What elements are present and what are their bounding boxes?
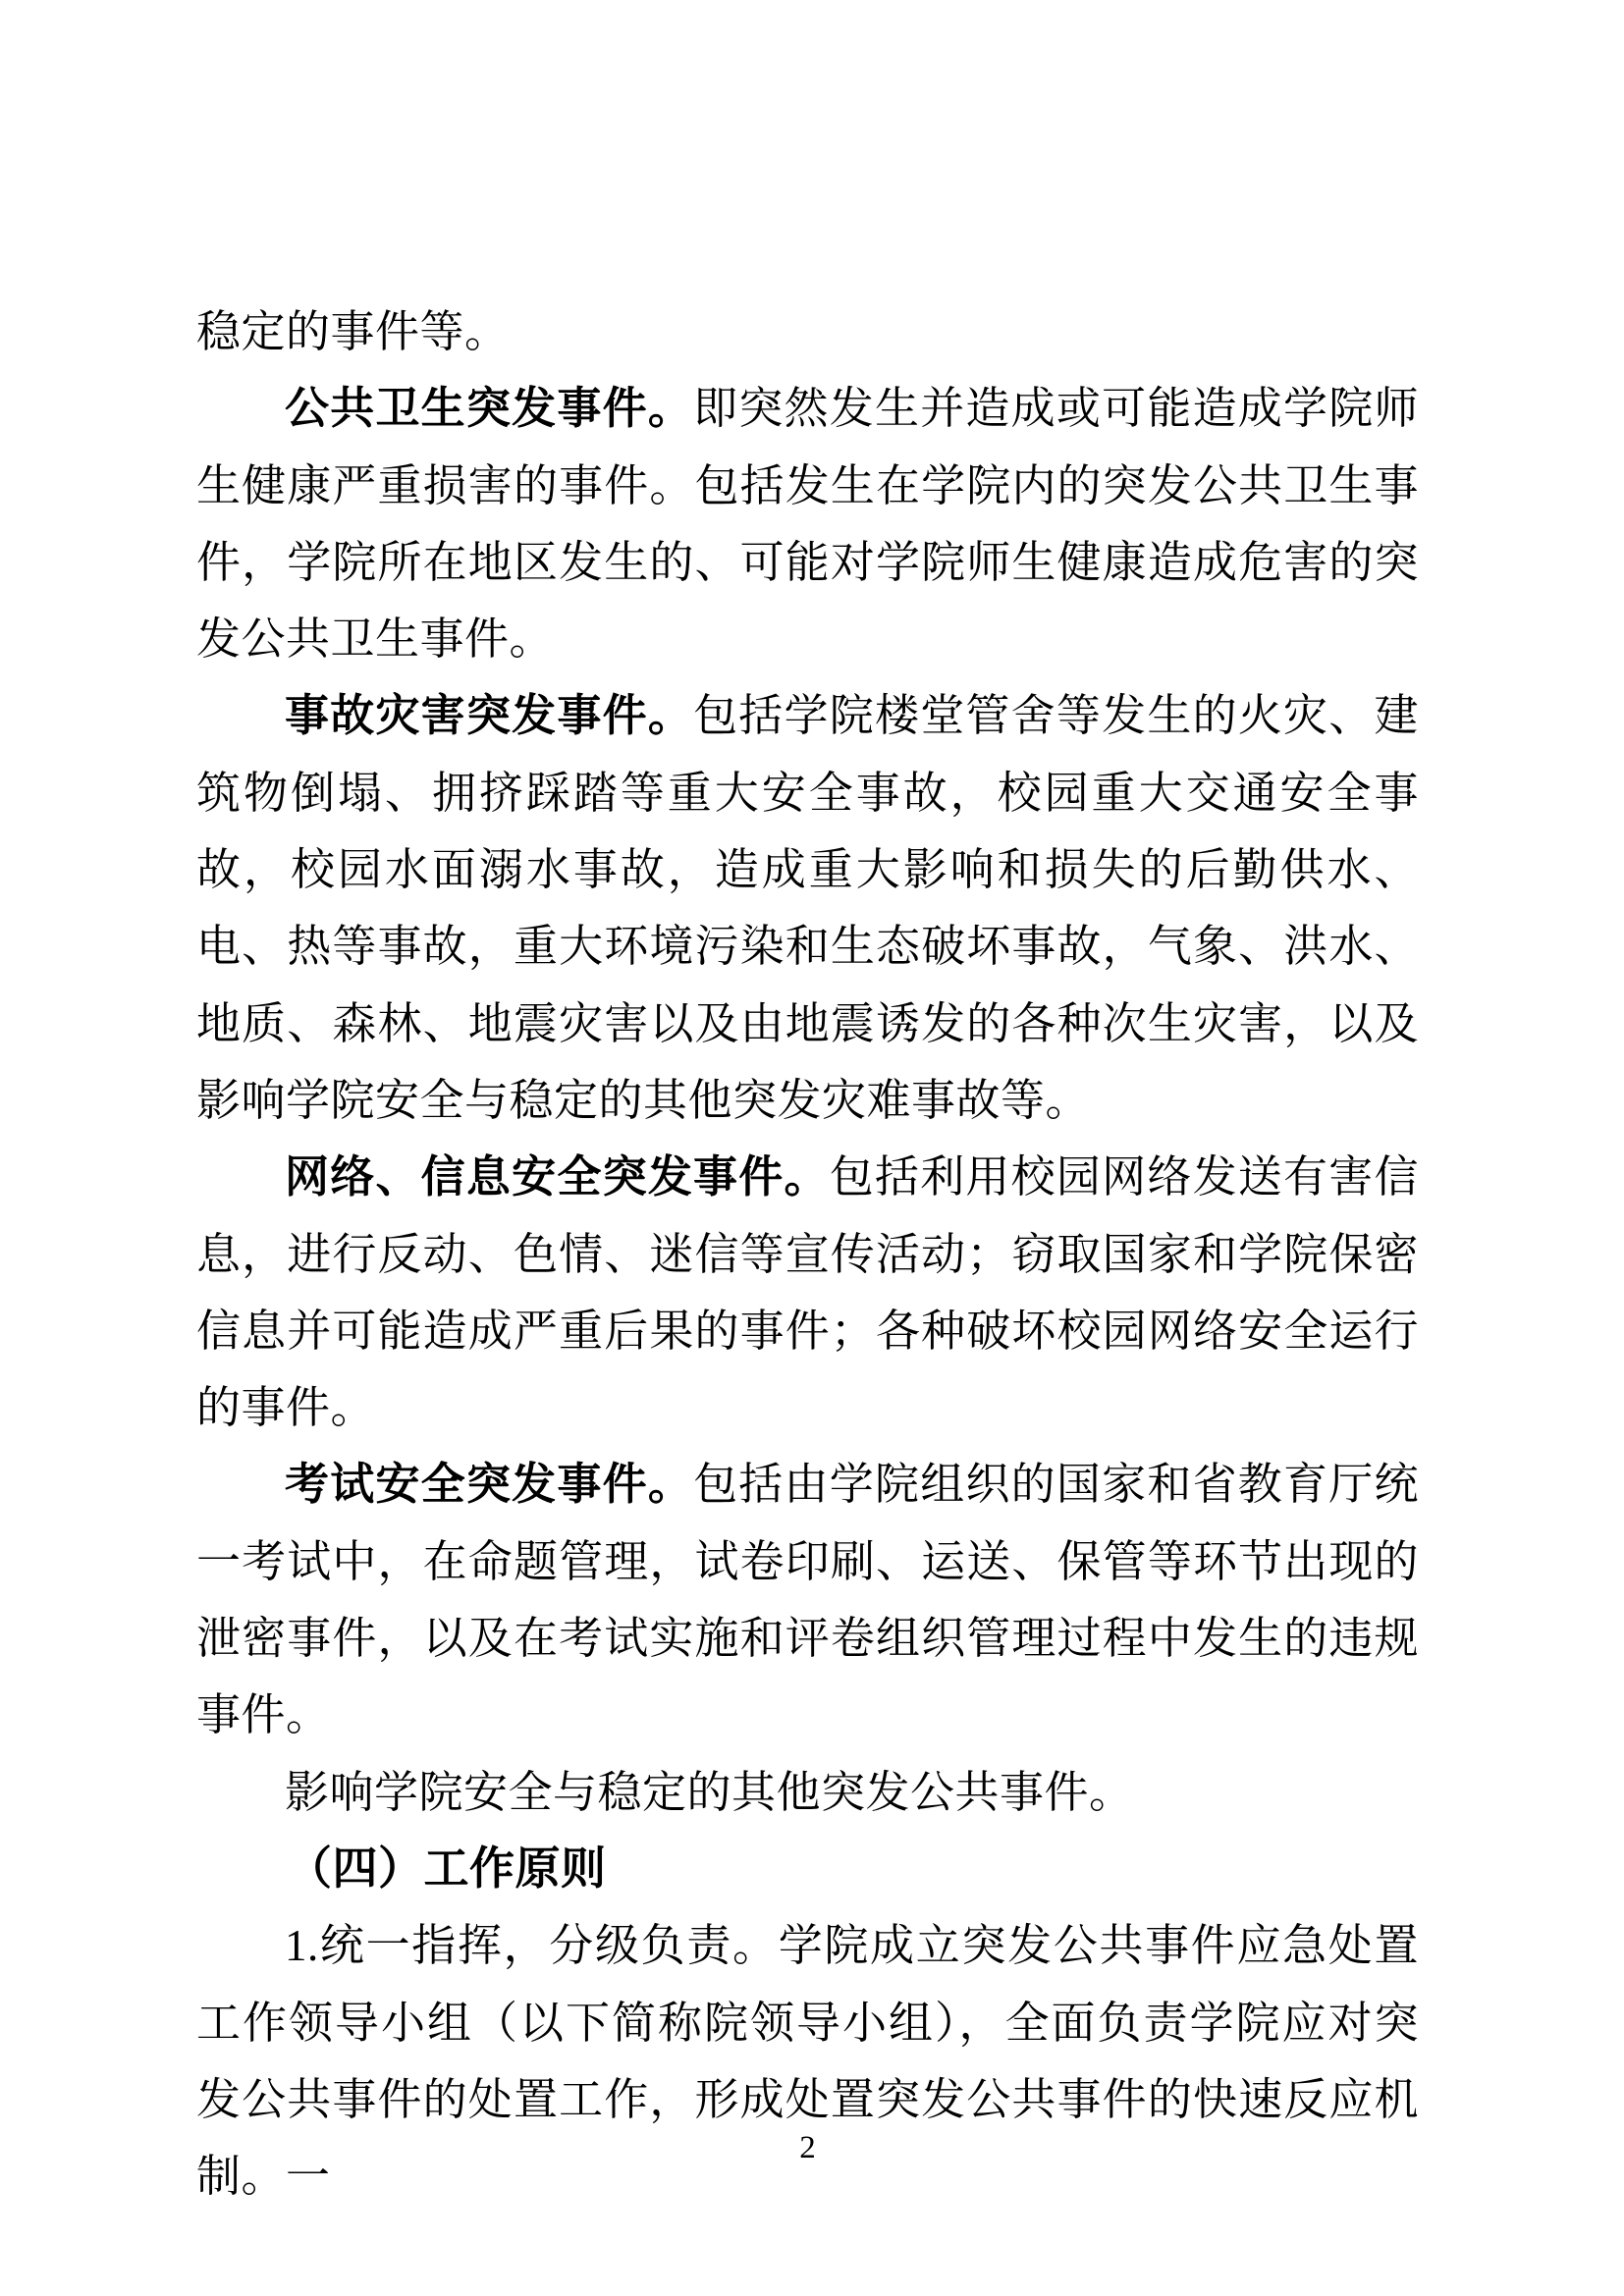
section-heading: （四）工作原则: [196, 1831, 1419, 1907]
paragraph-lead: 考试安全突发事件。: [285, 1460, 693, 1509]
page-number: 2: [196, 2128, 1419, 2167]
paragraph-continuation: 稳定的事件等。: [196, 294, 1419, 370]
paragraph-text: 稳定的事件等。: [196, 307, 510, 356]
paragraph-other-events: 影响学院安全与稳定的其他突发公共事件。: [196, 1754, 1419, 1831]
paragraph-text: 包括学院楼堂管舍等发生的火灾、建筑物倒塌、拥挤踩踏等重大安全事故，校园重大交通安…: [196, 691, 1419, 1124]
paragraph-accident-disaster: 事故灾害突发事件。包括学院楼堂管舍等发生的火灾、建筑物倒塌、拥挤踩踏等重大安全事…: [196, 677, 1419, 1139]
paragraph-text: 影响学院安全与稳定的其他突发公共事件。: [285, 1768, 1134, 1817]
document-page: 稳定的事件等。 公共卫生突发事件。即突然发生并造成或可能造成学院师生健康严重损害…: [0, 0, 1624, 2296]
paragraph-lead: 网络、信息安全突发事件。: [285, 1152, 830, 1201]
paragraph-work-principles: 1.统一指挥，分级负责。学院成立突发公共事件应急处置工作领导小组（以下简称院领导…: [196, 1907, 1419, 2215]
paragraph-network-security: 网络、信息安全突发事件。包括利用校园网络发送有害信息，进行反动、色情、迷信等宣传…: [196, 1139, 1419, 1446]
paragraph-public-health: 公共卫生突发事件。即突然发生并造成或可能造成学院师生健康严重损害的事件。包括发生…: [196, 370, 1419, 677]
paragraph-lead: 公共卫生突发事件。: [285, 384, 693, 433]
paragraph-exam-security: 考试安全突发事件。包括由学院组织的国家和省教育厅统一考试中，在命题管理，试卷印刷…: [196, 1446, 1419, 1753]
paragraph-lead: 事故灾害突发事件。: [285, 691, 693, 740]
document-body: 稳定的事件等。 公共卫生突发事件。即突然发生并造成或可能造成学院师生健康严重损害…: [196, 294, 1419, 2215]
